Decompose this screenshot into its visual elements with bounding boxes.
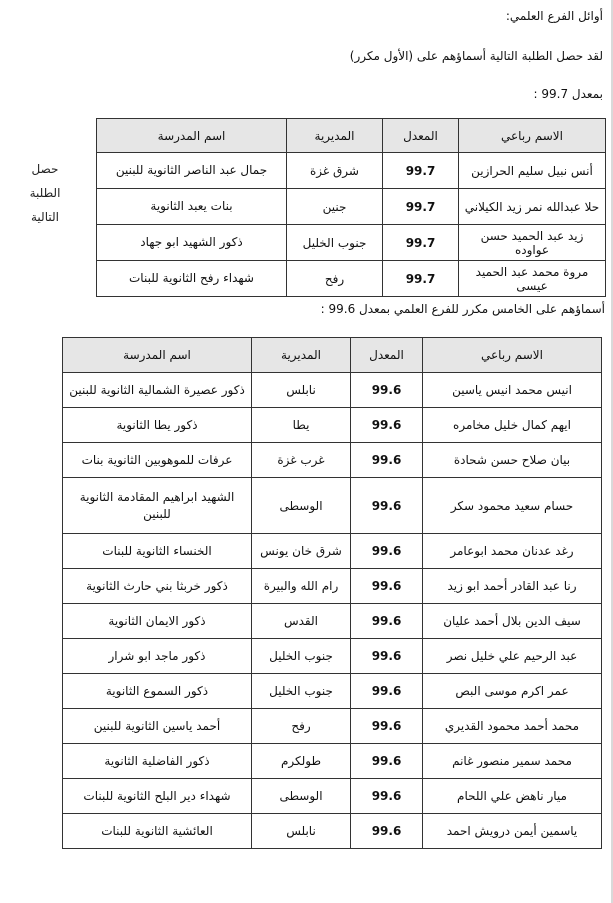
- student-directorate: غرب غزة: [252, 443, 351, 478]
- table-row: مروة محمد عبد الحميد عيسى 99.7 رفح شهداء…: [97, 261, 606, 297]
- student-directorate: نابلس: [252, 814, 351, 849]
- table-row: محمد أحمد محمود القديري 99.6 رفح أحمد يا…: [63, 709, 602, 744]
- student-name: أنس نبيل سليم الحرازين: [459, 153, 606, 189]
- student-average: 99.7: [383, 189, 459, 225]
- student-school: الشهيد ابراهيم المقادمة الثانوية للبنين: [63, 478, 252, 534]
- student-school: شهداء دير البلح الثانوية للبنات: [63, 779, 252, 814]
- table-row: عبد الرحيم علي خليل نصر 99.6 جنوب الخليل…: [63, 639, 602, 674]
- column-header-average: المعدل: [383, 119, 459, 153]
- side-label-line: التالية: [22, 205, 68, 229]
- student-directorate: شرق غزة: [287, 153, 383, 189]
- student-average: 99.6: [351, 814, 423, 849]
- student-average: 99.7: [383, 153, 459, 189]
- column-header-school: اسم المدرسة: [97, 119, 287, 153]
- table-row: زيد عبد الحميد حسن عواوده 99.7 جنوب الخل…: [97, 225, 606, 261]
- student-name: محمد أحمد محمود القديري: [423, 709, 602, 744]
- student-directorate: يطا: [252, 408, 351, 443]
- student-directorate: جنوب الخليل: [252, 674, 351, 709]
- table-row: أنس نبيل سليم الحرازين 99.7 شرق غزة جمال…: [97, 153, 606, 189]
- student-directorate: طولكرم: [252, 744, 351, 779]
- table-row: انيس محمد انيس ياسين 99.6 نابلس ذكور عصي…: [63, 373, 602, 408]
- student-name: مروة محمد عبد الحميد عيسى: [459, 261, 606, 297]
- table-row: سيف الدين بلال أحمد عليان 99.6 القدس ذكو…: [63, 604, 602, 639]
- student-school: العائشية الثانوية للبنات: [63, 814, 252, 849]
- student-school: ذكور ماجد ابو شرار: [63, 639, 252, 674]
- fifth-place-table: الاسم رباعي المعدل المديرية اسم المدرسة …: [62, 337, 602, 849]
- table-row: ميار ناهض علي اللحام 99.6 الوسطى شهداء د…: [63, 779, 602, 814]
- intro-text: لقد حصل الطلبة التالية أسماؤهم على (الأو…: [350, 49, 603, 63]
- student-school: عرفات للموهوبين الثانوية بنات: [63, 443, 252, 478]
- column-header-school: اسم المدرسة: [63, 338, 252, 373]
- student-directorate: القدس: [252, 604, 351, 639]
- student-name: رنا عبد القادر أحمد ابو زيد: [423, 569, 602, 604]
- student-school: جمال عبد الناصر الثانوية للبنين: [97, 153, 287, 189]
- student-school: ذكور الفاضلية الثانوية: [63, 744, 252, 779]
- student-average: 99.7: [383, 261, 459, 297]
- side-label-line: الطلبة: [22, 181, 68, 205]
- student-average: 99.6: [351, 443, 423, 478]
- student-school: شهداء رفح الثانوية للبنات: [97, 261, 287, 297]
- student-directorate: نابلس: [252, 373, 351, 408]
- student-name: ياسمين أيمن درويش احمد: [423, 814, 602, 849]
- first-place-table: الاسم رباعي المعدل المديرية اسم المدرسة …: [96, 118, 606, 297]
- student-name: بيان صلاح حسن شحادة: [423, 443, 602, 478]
- first-rate-label: بمعدل 99.7 :: [534, 87, 603, 101]
- student-directorate: رفح: [252, 709, 351, 744]
- table-row: رنا عبد القادر أحمد ابو زيد 99.6 رام الل…: [63, 569, 602, 604]
- student-average: 99.6: [351, 744, 423, 779]
- student-school: الخنساء الثانوية للبنات: [63, 534, 252, 569]
- student-directorate: جنوب الخليل: [287, 225, 383, 261]
- student-name: ايهم كمال خليل مخامره: [423, 408, 602, 443]
- table-row: رغد عدنان محمد ابوعامر 99.6 شرق خان يونس…: [63, 534, 602, 569]
- student-name: سيف الدين بلال أحمد عليان: [423, 604, 602, 639]
- table-row: بيان صلاح حسن شحادة 99.6 غرب غزة عرفات ل…: [63, 443, 602, 478]
- table-row: محمد سمير منصور غانم 99.6 طولكرم ذكور ال…: [63, 744, 602, 779]
- student-directorate: الوسطى: [252, 478, 351, 534]
- student-school: ذكور خربثا بني حارث الثانوية: [63, 569, 252, 604]
- student-name: زيد عبد الحميد حسن عواوده: [459, 225, 606, 261]
- student-average: 99.6: [351, 373, 423, 408]
- student-school: ذكور الشهيد ابو جهاد: [97, 225, 287, 261]
- student-school: ذكور يطا الثانوية: [63, 408, 252, 443]
- student-name: محمد سمير منصور غانم: [423, 744, 602, 779]
- table-row: حلا عبدالله نمر زيد الكيلاني 99.7 جنين ب…: [97, 189, 606, 225]
- student-average: 99.6: [351, 779, 423, 814]
- column-header-name: الاسم رباعي: [459, 119, 606, 153]
- student-name: رغد عدنان محمد ابوعامر: [423, 534, 602, 569]
- student-school: ذكور عصيرة الشمالية الثانوية للبنين: [63, 373, 252, 408]
- table-row: عمر اكرم موسى البص 99.6 جنوب الخليل ذكور…: [63, 674, 602, 709]
- student-name: حسام سعيد محمود سكر: [423, 478, 602, 534]
- student-average: 99.6: [351, 534, 423, 569]
- student-directorate: رفح: [287, 261, 383, 297]
- student-directorate: شرق خان يونس: [252, 534, 351, 569]
- student-average: 99.6: [351, 569, 423, 604]
- table-header-row: الاسم رباعي المعدل المديرية اسم المدرسة: [63, 338, 602, 373]
- page-heading: أوائل الفرع العلمي:: [506, 9, 603, 23]
- column-header-directorate: المديرية: [252, 338, 351, 373]
- student-name: انيس محمد انيس ياسين: [423, 373, 602, 408]
- student-average: 99.6: [351, 604, 423, 639]
- column-header-directorate: المديرية: [287, 119, 383, 153]
- student-name: عبد الرحيم علي خليل نصر: [423, 639, 602, 674]
- student-school: أحمد ياسين الثانوية للبنين: [63, 709, 252, 744]
- student-school: بنات يعبد الثانوية: [97, 189, 287, 225]
- second-rate-label: أسماؤهم على الخامس مكرر للفرع العلمي بمع…: [321, 302, 605, 316]
- student-average: 99.6: [351, 408, 423, 443]
- column-header-name: الاسم رباعي: [423, 338, 602, 373]
- table-row: ايهم كمال خليل مخامره 99.6 يطا ذكور يطا …: [63, 408, 602, 443]
- student-directorate: الوسطى: [252, 779, 351, 814]
- student-name: حلا عبدالله نمر زيد الكيلاني: [459, 189, 606, 225]
- column-header-average: المعدل: [351, 338, 423, 373]
- side-label-line: حصل: [22, 157, 68, 181]
- table-row: حسام سعيد محمود سكر 99.6 الوسطى الشهيد ا…: [63, 478, 602, 534]
- table-header-row: الاسم رباعي المعدل المديرية اسم المدرسة: [97, 119, 606, 153]
- student-name: عمر اكرم موسى البص: [423, 674, 602, 709]
- student-average: 99.7: [383, 225, 459, 261]
- student-average: 99.6: [351, 639, 423, 674]
- side-label: حصل الطلبة التالية: [22, 157, 68, 229]
- student-school: ذكور السموع الثانوية: [63, 674, 252, 709]
- student-average: 99.6: [351, 674, 423, 709]
- student-directorate: جنوب الخليل: [252, 639, 351, 674]
- student-average: 99.6: [351, 709, 423, 744]
- student-name: ميار ناهض علي اللحام: [423, 779, 602, 814]
- student-school: ذكور الايمان الثانوية: [63, 604, 252, 639]
- table-row: ياسمين أيمن درويش احمد 99.6 نابلس العائش…: [63, 814, 602, 849]
- student-directorate: رام الله والبيرة: [252, 569, 351, 604]
- student-average: 99.6: [351, 478, 423, 534]
- student-directorate: جنين: [287, 189, 383, 225]
